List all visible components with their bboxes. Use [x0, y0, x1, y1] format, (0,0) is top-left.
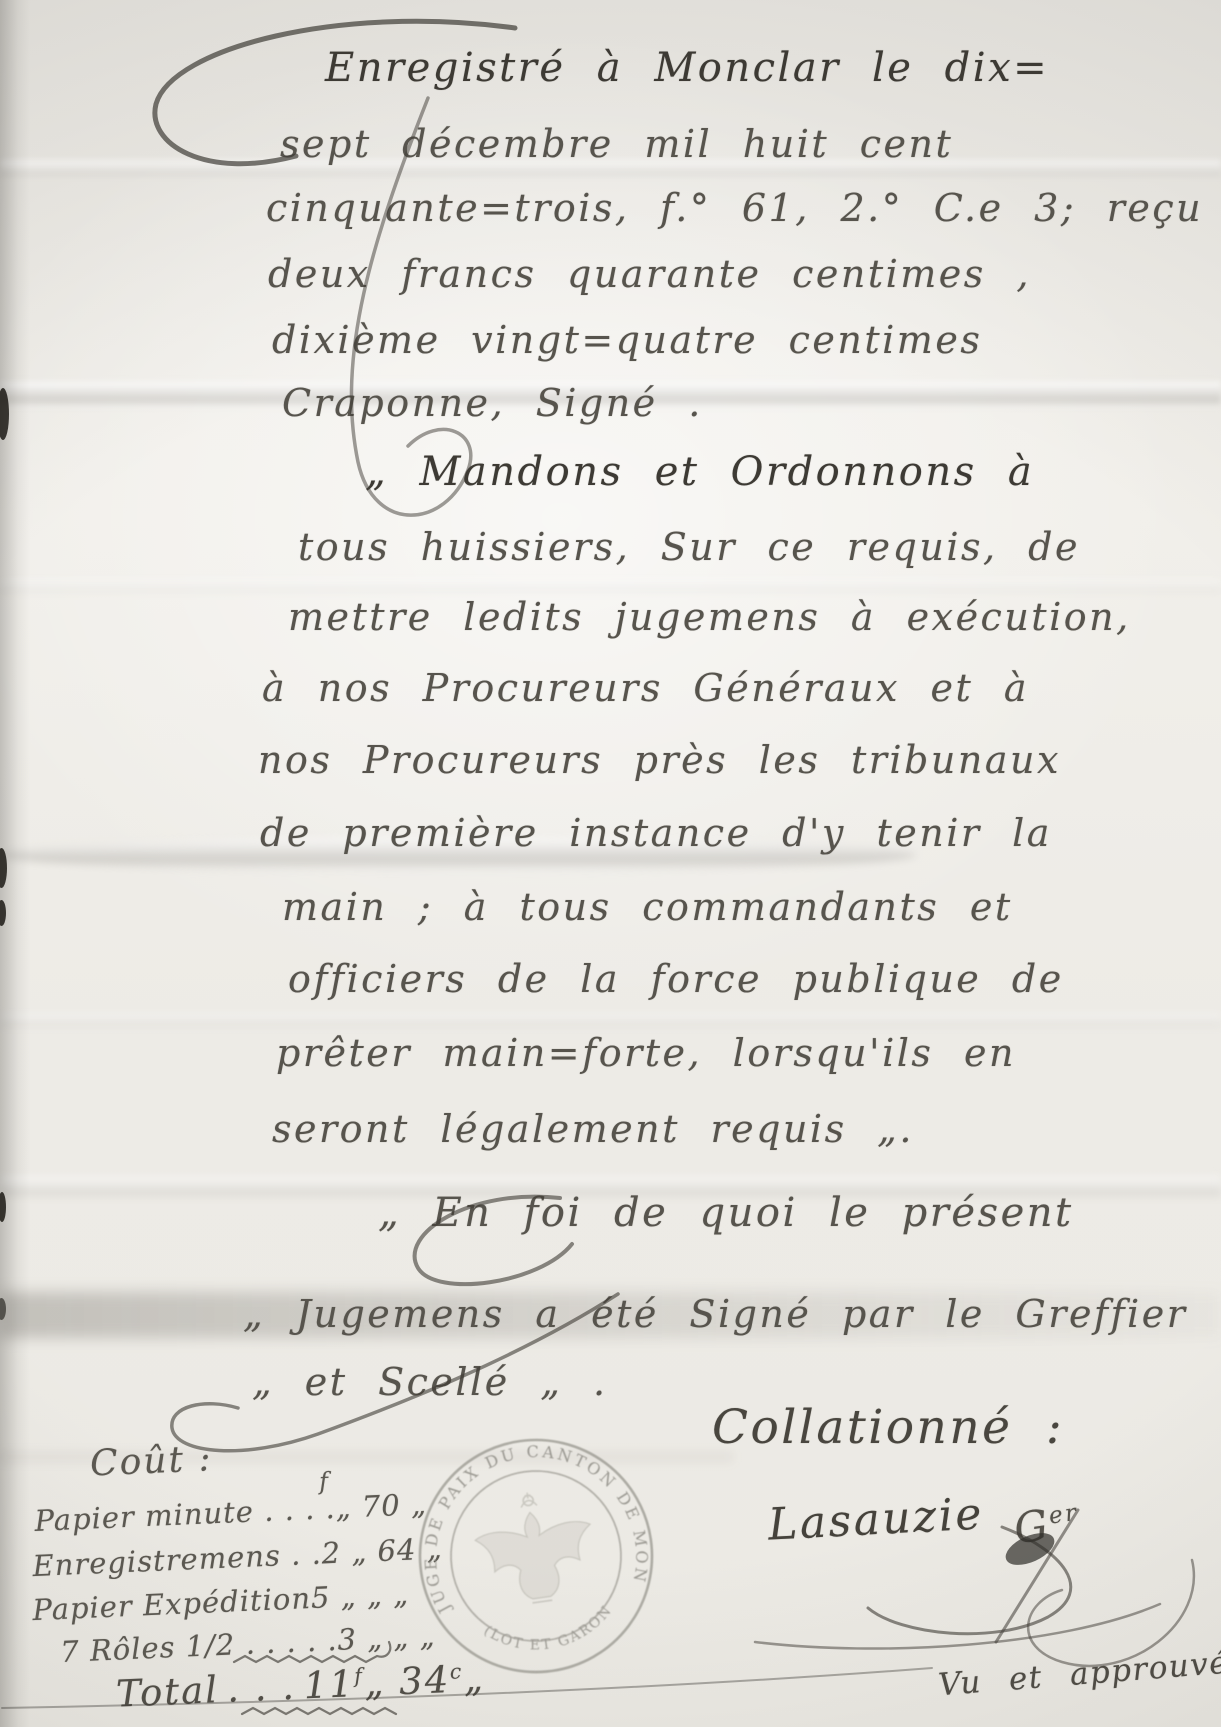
manuscript-line: Enregistré à Monclar le dix=: [325, 45, 1049, 91]
clerk-signature: Lasauzie: [767, 1488, 985, 1550]
total-francs: 11: [303, 1662, 356, 1707]
cost-label: Enregistremens . .: [32, 1537, 323, 1584]
cost-label: 7 Rôles 1/2 . . . . .: [60, 1623, 339, 1669]
edge-ink-mark: [0, 1192, 6, 1222]
fold-crease: [0, 580, 1221, 592]
edge-ink-mark: [0, 848, 7, 888]
manuscript-line: dixième vingt=quatre centimes: [272, 318, 982, 362]
cost-row: Papier minute . . . . „ 70 „: [34, 1488, 403, 1538]
manuscript-line: „ Jugemens a été Signé par le Greffier: [243, 1292, 1187, 1336]
manuscript-line: tous huissiers, Sur ce requis, de: [298, 525, 1080, 569]
edge-ink-mark: [0, 388, 9, 440]
collation-label: Collationné :: [712, 1400, 1064, 1455]
manuscript-line: seront légalement requis „.: [272, 1107, 914, 1151]
clerk-title-superscript: er: [1047, 1500, 1080, 1530]
manuscript-line: cinquante=trois, f.° 61, 2.° C.e 3; reçu: [266, 186, 1203, 230]
edge-ink-mark: [0, 900, 6, 926]
manuscript-line: „ Mandons et Ordonnons à: [365, 449, 1034, 495]
manuscript-line: mettre ledits jugemens à exécution,: [288, 595, 1131, 639]
ditto-mark: „: [363, 1661, 386, 1705]
manuscript-line: sept décembre mil huit cent: [280, 122, 953, 166]
manuscript-line: prêter main=forte, lorsqu'ils en: [276, 1031, 1016, 1075]
leader-dots: . . .: [218, 1664, 305, 1711]
total-label: Total: [115, 1668, 220, 1715]
manuscript-line: officiers de la force publique de: [288, 957, 1064, 1001]
imperial-eagle-icon: [470, 1485, 600, 1610]
edge-ink-mark: [0, 1298, 6, 1320]
cost-row: Papier Expédition 5 „ „ „: [32, 1577, 401, 1627]
manuscript-line: Craponne, Signé .: [282, 381, 703, 425]
manuscript-line: main ; à tous commandants et: [282, 885, 1013, 929]
cost-value: 5 „ „ „: [310, 1577, 410, 1615]
cost-label: Papier Expédition: [32, 1581, 312, 1627]
fold-crease: [0, 1014, 1221, 1026]
approval-note: Vu et approuvé: [937, 1645, 1221, 1704]
clerk-title-abbreviation: Ger: [1011, 1496, 1083, 1554]
signature-underline: [755, 1604, 1160, 1649]
manuscript-line: à nos Procureurs Généraux et à: [262, 666, 1029, 710]
manuscript-line: deux francs quarante centimes ,: [268, 252, 1031, 296]
manuscript-line: „ En foi de quoi le présent: [378, 1190, 1074, 1236]
cost-label: Papier minute . . . .: [34, 1491, 336, 1538]
cost-heading: Coût :: [89, 1430, 408, 1485]
cost-account-block: Coût : f Papier minute . . . . „ 70 „ En…: [25, 1430, 408, 1488]
manuscript-line: „ et Scellé „ .: [252, 1360, 608, 1404]
manuscript-line: de première instance d'y tenir la: [260, 811, 1052, 855]
manuscript-line: nos Procureurs près les tribunaux: [258, 738, 1061, 782]
manuscript-page: Enregistré à Monclar le dix= sept décemb…: [0, 0, 1221, 1727]
cost-row: Enregistremens . . 2 „ 64 „: [32, 1533, 401, 1583]
official-seal-stamp: JUGE DE PAIX DU CANTON DE MONCLAR (LOT E…: [387, 1407, 685, 1705]
